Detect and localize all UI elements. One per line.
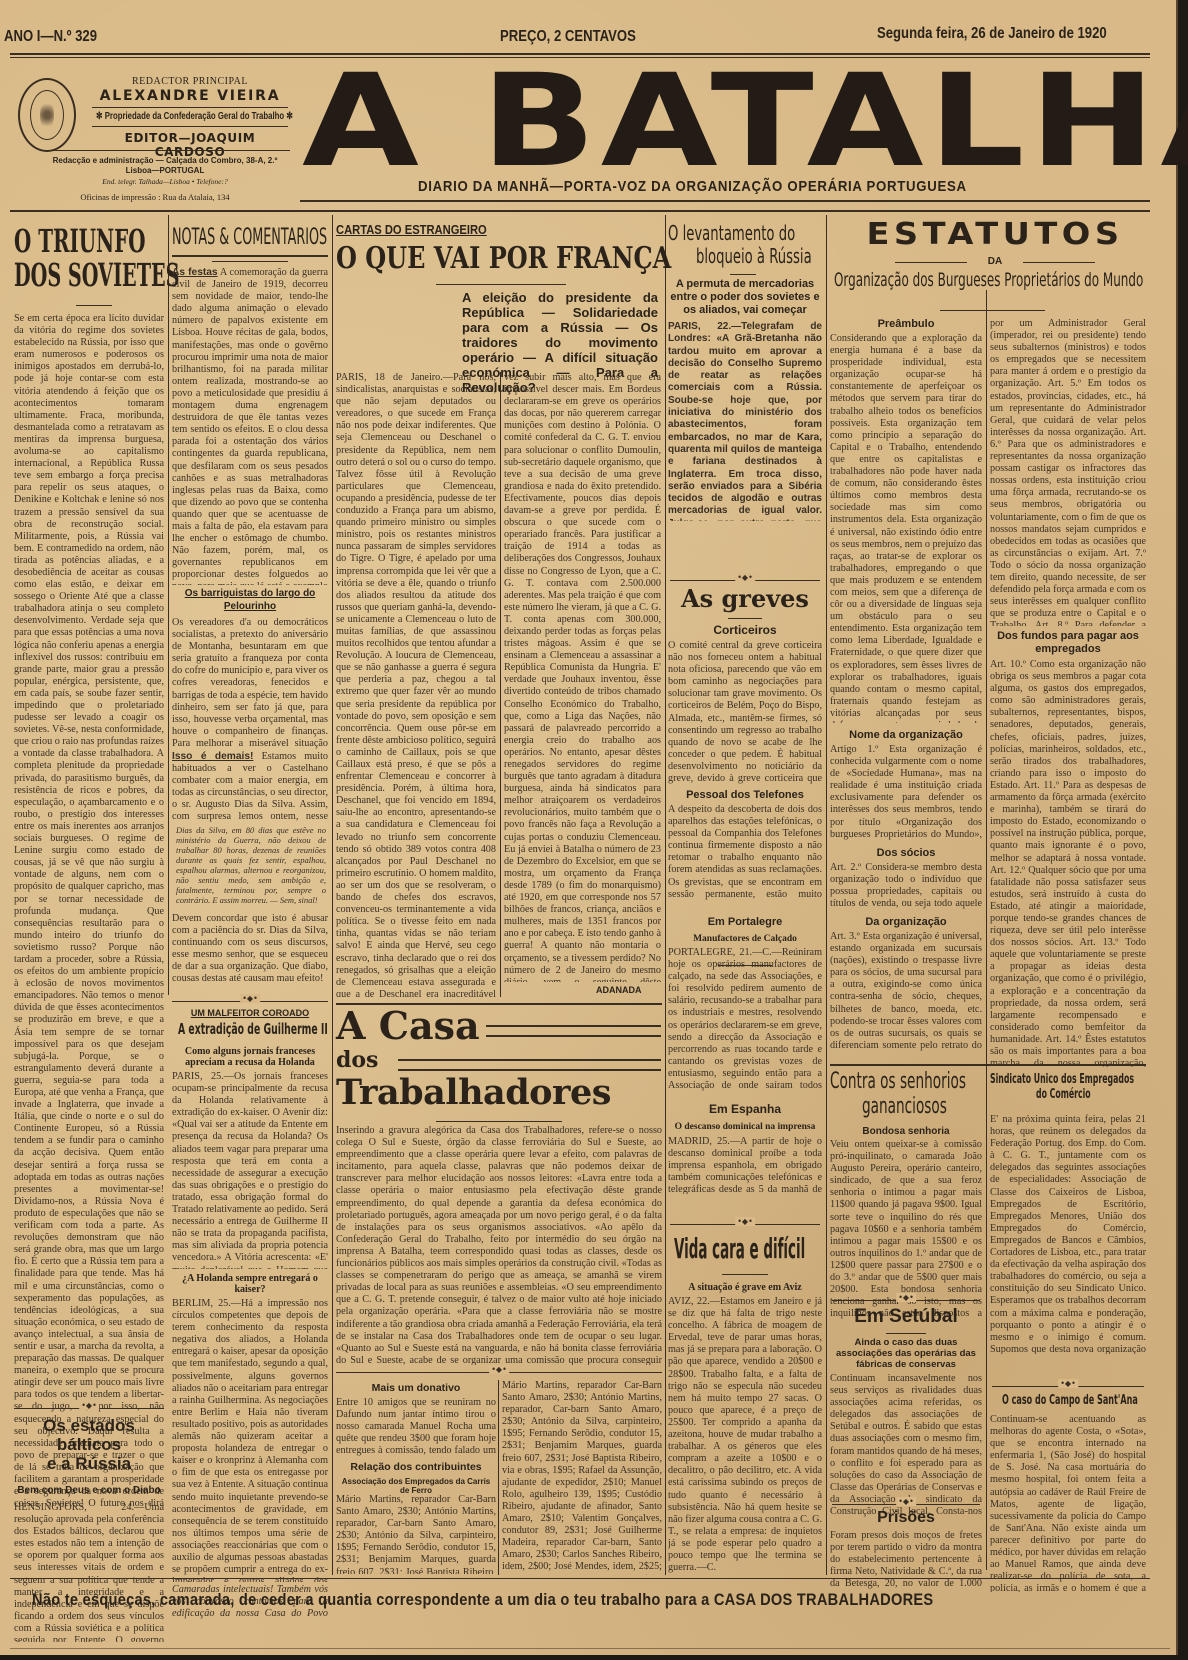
- headline: Prisões: [830, 1508, 982, 1528]
- subheadline: Em Espanha: [668, 1102, 822, 1116]
- divider: [728, 618, 762, 619]
- headline: O levantamento do: [668, 222, 770, 244]
- divider: [486, 1025, 661, 1027]
- subheadline: Em Portalegre: [668, 916, 822, 928]
- column-rule: [332, 215, 333, 1575]
- headline: Sindicato Unico dos Empregados: [990, 1072, 1084, 1087]
- article-body: Devem concordar que isto é abusar com a …: [172, 913, 328, 987]
- subheadline: As festas: [172, 267, 218, 278]
- article-levantamento-bloqueio: O levantamento do bloqueio à Rússia A pe…: [668, 222, 822, 521]
- article-body: Os vereadores d'a ou democráticos social…: [172, 617, 328, 749]
- telegraph: End. telegr. Talhada—Lisboa • Telefone:?: [30, 177, 300, 186]
- headline: do Comércio: [1036, 1087, 1102, 1102]
- headline: Em Setúbal: [830, 1305, 982, 1329]
- divider: [92, 126, 288, 127]
- headline: Os estados bálticos: [14, 1416, 164, 1454]
- subheadline: Os barriguistas do largo do Pelourinho: [172, 587, 328, 613]
- cgt-seal-icon: [18, 78, 76, 152]
- newspaper-subtitle: DIARIO DA MANHÃ—PORTA-VOZ DA ORGANIZAÇÃO…: [418, 178, 967, 195]
- article-estatutos: ESTATUTOS DA Organização dos Burgueses P…: [830, 218, 1160, 293]
- article-as-greves: As greves Corticeiros O comité central d…: [668, 585, 822, 1194]
- subheadline: O descanso dominical na imprensa: [668, 1122, 822, 1133]
- article-body: Se em certa época era lícito duvidar da …: [14, 313, 164, 1508]
- article-body: Inserindo a gravura alegórica da Casa do…: [336, 1125, 662, 1365]
- newspaper-page: ANO I—N.º 329 PREÇO, 2 CENTAVOS Segunda …: [0, 0, 1178, 1655]
- divider: [486, 1035, 661, 1037]
- quoted-text: Dias da Silva, em 80 dias que estêve no …: [176, 825, 326, 909]
- newspaper-title: A BATALHA: [302, 58, 1188, 186]
- divider: [830, 1064, 1146, 1066]
- issue-number: ANO I—N.º 329: [4, 28, 97, 46]
- divider: [398, 1069, 661, 1071]
- subheadline: Manufactores de Calçado: [668, 934, 822, 944]
- article-body: Art. 3.º Esta organização é universal, e…: [830, 931, 982, 1051]
- divider: [730, 274, 756, 275]
- divider: [212, 261, 288, 262]
- divider: [436, 284, 566, 285]
- section-notas-comentarios: NOTAS & COMENTARIOS As festas A comemora…: [172, 225, 328, 251]
- article-body: BERLIM, 25.—Há a impressão nos círculos …: [172, 1298, 328, 1582]
- address: Redacção e administração — Calçada do Co…: [30, 156, 300, 165]
- column-rule: [826, 215, 827, 1575]
- article-o-que-vai-por-franca: CARTAS DO ESTRANGEIRO O QUE VAI POR FRAN…: [336, 222, 661, 281]
- headline: As greves: [668, 585, 822, 613]
- headline: O QUE VAI POR FRANÇA: [336, 237, 596, 281]
- masthead-rule-bottom: [300, 200, 1150, 202]
- subheadline: Mais um donativo: [336, 1382, 496, 1394]
- headline: e a Rússia: [14, 1454, 164, 1473]
- divider: [895, 262, 967, 263]
- article-campo-santana: O caso do Campo de Sant'Ana Continuam-se…: [990, 1392, 1146, 1592]
- price: PREÇO, 2 CENTAVOS: [500, 28, 636, 46]
- editor: EDITOR—JOAQUIM CARDOSO: [90, 131, 290, 159]
- casa-donations: Mais um donativo Entre 10 amigos que se …: [336, 1378, 496, 1495]
- divider: [722, 1274, 768, 1275]
- subheadline: ¿A Holanda sempre entregará o kaiser?: [172, 1273, 328, 1295]
- headline: Organização dos Burgueses Proprietários …: [834, 267, 1039, 293]
- headline: Contra os senhorios: [830, 1070, 924, 1094]
- article-extradicao-guilherme: UM MALFEITOR COROADO A extradição de Gui…: [172, 1008, 328, 1620]
- redactor-name: ALEXANDRE VIEIRA: [90, 88, 290, 104]
- article-body: Art. 10.º Como esta organização não obri…: [990, 659, 1146, 1067]
- article-body: E' na próxima quinta feira, pelas 21 hor…: [990, 1114, 1146, 1354]
- article-body-col1: PARIS, 18 de Janeiro.—Para nós, sindical…: [336, 372, 496, 997]
- headline: Trabalhadores: [336, 1073, 662, 1113]
- section-heading: Da organização: [830, 916, 982, 928]
- headline: ESTATUTOS: [810, 218, 1180, 252]
- article-em-setubal: Em Setúbal Ainda o caso das duas associa…: [830, 1305, 982, 1518]
- article-body: As festas A comemoração da guerra civil …: [172, 267, 328, 585]
- divider: [1023, 262, 1095, 263]
- ornament-divider: [172, 1001, 328, 1002]
- section-title: NOTAS & COMENTARIOS: [172, 225, 262, 251]
- section-heading: Dos fundos para pagar aos empregados: [990, 630, 1146, 656]
- subheadline: A situação é grave em Aviz: [668, 1282, 822, 1293]
- article-body: Artigo 1.º Esta organização é conhecida …: [830, 744, 982, 841]
- article-vida-cara: Vida cara e difícil A situação é grave e…: [668, 1230, 822, 1581]
- ornament-divider: [670, 580, 820, 581]
- column-rule: [986, 290, 987, 1570]
- article-body: por um Administrador Geral (imperador, r…: [990, 318, 1146, 626]
- ornament-divider: [832, 1300, 980, 1301]
- headline: DOS SOVIETES: [14, 257, 104, 293]
- subheadline: Pessoal dos Telefones: [668, 789, 822, 801]
- article-body: O comité central da greve corticeira não…: [668, 640, 822, 786]
- article-body: Entre 10 amigos que se reuniram no Dafun…: [336, 1397, 496, 1457]
- article-body: PORTALEGRE, 21.—C.—Reúniram hoje os oper…: [668, 947, 822, 1092]
- article-body: AVIZ, 22.—Estamos em Janeiro e já se diz…: [668, 1296, 822, 1581]
- subheadline: Ainda o caso das duas associações das op…: [830, 1337, 982, 1370]
- divider: [10, 1578, 1150, 1579]
- redactor-label: REDACTOR PRINCIPAL: [90, 76, 290, 87]
- section-heading: Preâmbulo: [830, 318, 982, 330]
- divider: [886, 1333, 926, 1334]
- estatutos-col1: Preâmbulo Considerando que a exploração …: [830, 318, 982, 1051]
- city: Lisboa—PORTUGAL: [30, 166, 300, 175]
- divider: [40, 150, 290, 151]
- headline: A extradição de Guilherme II: [178, 1018, 271, 1040]
- article-body: Veiu ontem queixar-se à comissão pró-inq…: [830, 1139, 982, 1319]
- page-edge: [10, 1648, 1170, 1649]
- divider: [718, 965, 772, 966]
- section-heading: Dos sócios: [830, 847, 982, 859]
- content-top-rule: [10, 210, 1150, 212]
- divider: [76, 305, 112, 306]
- ornament-divider: [14, 1408, 164, 1409]
- headline: bloqueio à Rússia: [696, 244, 779, 268]
- estatutos-col2: por um Administrador Geral (imperador, r…: [990, 318, 1146, 1067]
- article-body: MADRID, 25.—A partir de hoje o descanso …: [668, 1136, 822, 1194]
- ornament-divider: [670, 1224, 820, 1225]
- article-body: PARIS, 22.—Telegrafam de Londres: «A Grã…: [668, 321, 822, 521]
- headline: O caso do Campo de Sant'Ana: [1002, 1392, 1091, 1410]
- paragraph: A comemoração da guerra civil de Janeiro…: [172, 267, 328, 585]
- contributors-list-b: Mário Martins, reparador Car-Barn Santo …: [502, 1380, 662, 1575]
- ornament-divider: [336, 1372, 662, 1373]
- article-body: HENSINGFORS, 24.—Uma resolução aprovada …: [14, 1502, 164, 1642]
- article-lead: A permuta de mercadorias entre o poder d…: [668, 278, 822, 317]
- divider: [940, 310, 1045, 311]
- signature: ADANADA: [596, 985, 642, 995]
- kicker: CARTAS DO ESTRANGEIRO: [336, 222, 616, 237]
- subheadline: Corticeiros: [668, 623, 822, 637]
- article-sindicato-unico: Sindicato Unico dos Empregados do Comérc…: [990, 1072, 1146, 1354]
- column-rule: [665, 215, 666, 1575]
- column-rule: [498, 1380, 499, 1575]
- subheadline: Relação dos contribuintes: [336, 1461, 496, 1473]
- footer-banner: Não te esqueças, camarada, de ceder a qu…: [32, 1590, 933, 1610]
- headline: Vida cara e difícil: [674, 1230, 745, 1268]
- divider: [92, 107, 288, 108]
- column-rule: [500, 372, 501, 997]
- divider: [398, 1059, 661, 1061]
- divider: [172, 255, 328, 257]
- article-contra-senhorios: Contra os senhorios gananciosos Bondosa …: [830, 1070, 982, 1319]
- column-rule: [168, 215, 169, 995]
- date: Segunda feira, 26 de Janeiro de 1920: [877, 25, 1107, 43]
- subheadline: Isso é demais!: [172, 751, 253, 762]
- article-body: Art. 2.º Considera-se membro desta organ…: [830, 862, 982, 910]
- headline: gananciosos: [862, 1094, 936, 1120]
- article-casa-dos-trabalhadores: A Casa dos Trabalhadores Inserindo a gra…: [336, 1005, 662, 1365]
- contributors-list-a: Mário Martins, reparador Car-Barn Santo …: [336, 1494, 496, 1574]
- article-body: Considerando que a exploração da energia…: [830, 333, 982, 723]
- subheadline: Bondosa senhoria: [830, 1126, 982, 1137]
- article-body: A despeito da descoberta de dois dos apa…: [668, 804, 822, 902]
- divider: [436, 1121, 562, 1122]
- article-body: Foram presos dois moços de fretes por te…: [830, 1530, 982, 1590]
- ownership-note: ✻ Propriedade da Confederação Geral do T…: [96, 111, 293, 122]
- section-heading: Nome da organização: [830, 729, 982, 741]
- subheadline: Bem com Deus e com o Diabo: [14, 1485, 164, 1496]
- article-body: Isso é demais! Estamos muito habituados …: [172, 751, 328, 823]
- article-body: Continuam-se acentuando as melhoras do a…: [990, 1414, 1146, 1592]
- connector: DA: [830, 256, 1160, 267]
- workshop-address: Oficinas de impressão : Rua da Atalaia, …: [30, 192, 280, 202]
- article-triunfo-dos-sovietes: O TRIUNFO DOS SOVIETES Se em certa época…: [14, 225, 164, 293]
- headline: O TRIUNFO: [14, 225, 107, 257]
- kicker: UM MALFEITOR COROADO: [172, 1008, 328, 1018]
- subheadline: Como alguns jornais franceses apreciam a…: [172, 1046, 328, 1068]
- subheadline: Associação dos Empregados da Carris de F…: [336, 1477, 496, 1495]
- ornament-divider: [992, 1386, 1144, 1387]
- ornament-divider: [832, 1504, 980, 1505]
- article-body-col2: vez subir mais alto, mas que era impossí…: [504, 372, 661, 982]
- article-body: PARIS, 25.—Os jornais franceses ocupam-s…: [172, 1071, 328, 1269]
